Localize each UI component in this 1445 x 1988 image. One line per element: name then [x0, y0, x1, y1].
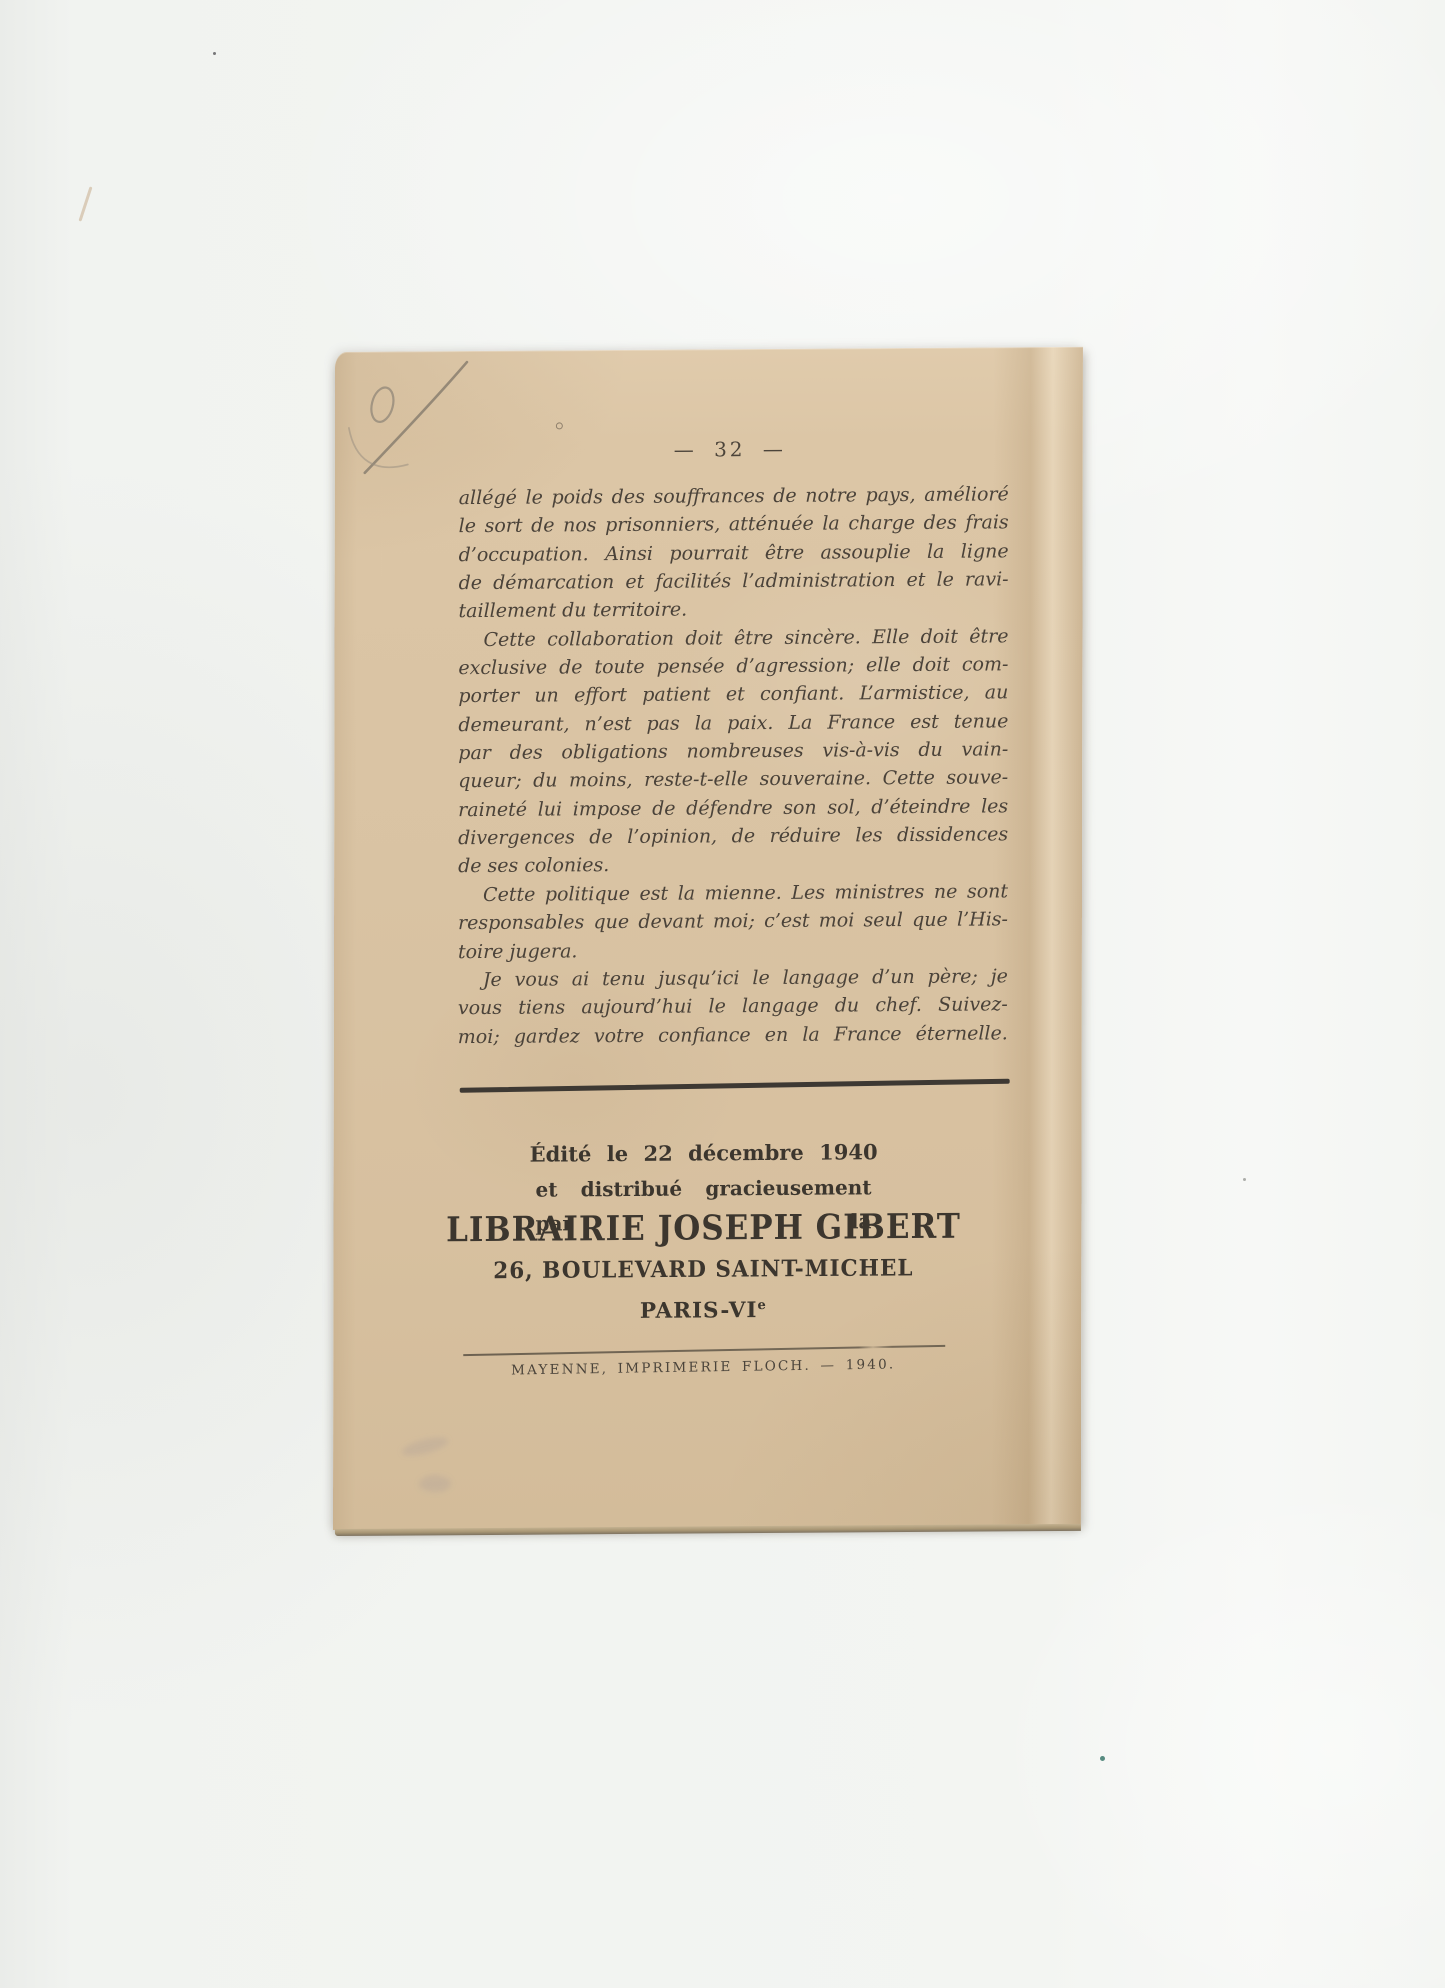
- text-line: de démarcation et facilités l’administra…: [459, 565, 1009, 597]
- text-line: raineté lui impose de défendre son sol, …: [458, 792, 1008, 824]
- print-speck: [556, 422, 563, 429]
- text-line: porter un effort patient et confiant. L’…: [458, 679, 1008, 711]
- text-line: responsables que devant moi; c’est moi s…: [458, 905, 1008, 937]
- city-text: PARIS-VI: [640, 1298, 758, 1324]
- scanned-document-photo: — 32 — allégé le poids des souffrances d…: [0, 0, 1445, 1988]
- distribution-line: et distribué gracieusement par la: [536, 1170, 872, 1206]
- text-line: vous tiens aujourd’hui le langage du che…: [458, 991, 1008, 1023]
- text-line: par des obligations nombreuses vis-à-vis…: [458, 735, 1008, 767]
- pencil-smudge: [419, 1475, 451, 1492]
- pencil-mark-zero-slash: [335, 351, 495, 502]
- dust-speck: [1243, 1178, 1246, 1181]
- separator-rule: [460, 1079, 1010, 1093]
- text-line: le sort de nos prisonniers, atténuée la …: [459, 509, 1009, 541]
- text-line: exclusive de toute pensée d’agression; e…: [458, 650, 1008, 682]
- body-text-block: allégé le poids des souffrances de notre…: [458, 480, 1009, 1051]
- text-line: demeurant, n’est pas la paix. La France …: [458, 707, 1008, 739]
- publisher-city: PARIS-VIe: [428, 1288, 978, 1331]
- text-line: allégé le poids des souffrances de notre…: [459, 480, 1009, 512]
- pencil-smudge: [400, 1434, 450, 1459]
- publisher-name: LIBRAIRIE JOSEPH GIBERT: [428, 1201, 978, 1255]
- text-line: moi; gardez votre confiance en la France…: [458, 1019, 1008, 1051]
- publisher-address: 26, BOULEVARD SAINT-MICHEL: [428, 1248, 978, 1292]
- arrondissement-superscript: e: [757, 1298, 766, 1313]
- text-line: queur; du moins, reste-t-elle souveraine…: [458, 764, 1008, 796]
- text-line: d’occupation. Ainsi pourrait être assoup…: [459, 537, 1009, 569]
- page-number: — 32 —: [630, 437, 830, 462]
- text-line: Cette collaboration doit être sincère. E…: [458, 622, 1008, 654]
- imprint-block: Édité le 22 décembre 1940 et distribué g…: [428, 1134, 978, 1331]
- dust-speck: [213, 52, 216, 55]
- printer-imprint-line: MAYENNE, IMPRIMERIE FLOCH. — 1940.: [428, 1355, 978, 1380]
- dust-speck-teal: [1100, 1756, 1105, 1761]
- colophon-rule: [463, 1345, 945, 1356]
- booklet-back-page: — 32 — allégé le poids des souffrances d…: [333, 347, 1083, 1530]
- edition-date-line: Édité le 22 décembre 1940: [530, 1134, 878, 1172]
- text-line: divergences de l’opinion, de réduire les…: [458, 820, 1008, 852]
- text-line: Cette politique est la mienne. Les minis…: [458, 877, 1008, 909]
- text-line: Je vous ai tenu jusqu’ici le langage d’u…: [458, 962, 1008, 994]
